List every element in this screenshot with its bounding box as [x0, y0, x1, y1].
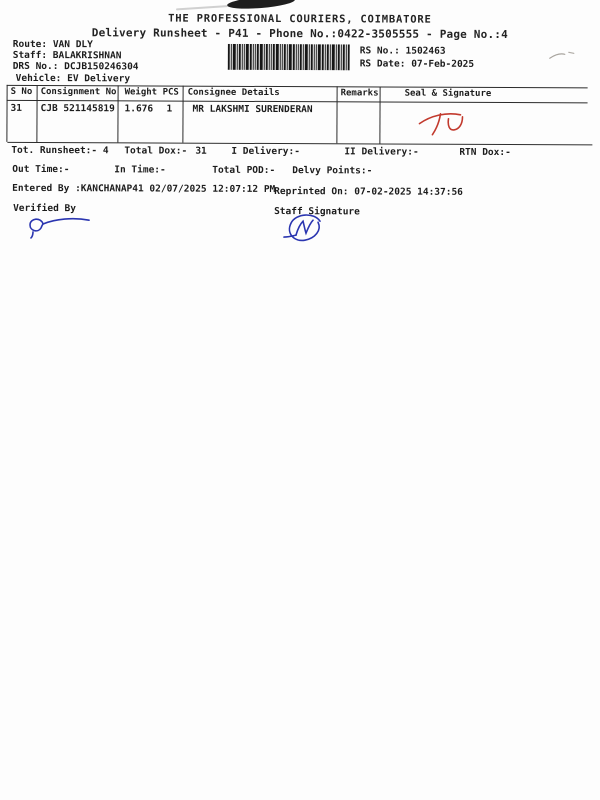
table-vline: [336, 86, 337, 143]
route-line: Route: VAN DLY: [13, 39, 93, 50]
table-vline: [36, 85, 37, 142]
out-time: Out Time:-: [12, 164, 69, 175]
table-vline: [379, 86, 380, 143]
rs-date-line: RS Date: 07-Feb-2025: [360, 58, 474, 69]
scan-smudge-top: [227, 0, 296, 11]
cell-sno: 31: [11, 103, 23, 114]
col-header-seal: Seal & Signature: [405, 89, 492, 99]
col-header-sno: S No: [11, 87, 33, 97]
col-header-weight: Weight: [125, 87, 158, 97]
scan-streak-top: [176, 5, 228, 10]
pencil-mark-right: [548, 48, 578, 62]
verified-by-signature: [23, 212, 93, 240]
table-vline: [182, 86, 183, 143]
total-rtn-dox: RTN Dox:-: [459, 147, 511, 158]
staff-signature-scribble: [280, 210, 334, 246]
cell-consignment: CJB 521145819: [41, 103, 115, 114]
reprinted-on-line: Reprinted On: 07-02-2025 14:37:56: [274, 186, 463, 198]
scanned-delivery-runsheet: THE PROFESSIONAL COURIERS, COIMBATORE De…: [0, 0, 600, 800]
staff-line: Staff: BALAKRISHNAN: [13, 50, 122, 61]
col-header-remarks: Remarks: [341, 88, 379, 98]
vehicle-line: Vehicle: EV Delivery: [16, 73, 130, 84]
runsheet-barcode-icon: [228, 44, 350, 71]
delvy-points: Delvy Points:-: [292, 165, 372, 176]
total-runsheet: Tot. Runsheet:- 4: [11, 145, 108, 156]
total-i-delivery: I Delivery:-: [231, 146, 300, 157]
in-time: In Time:-: [114, 164, 166, 175]
total-ii-delivery: II Delivery:-: [344, 146, 418, 157]
seal-handwriting-red-mark: [418, 107, 472, 139]
cell-consignee: MR LAKSHMI SURENDERAN: [193, 104, 313, 116]
col-header-consignment: Consignment No: [41, 87, 117, 97]
total-dox-value: 31: [195, 146, 207, 157]
runsheet-table: S No Consignment No Weight PCS Consignee…: [6, 85, 587, 145]
company-title: THE PROFESSIONAL COURIERS, COIMBATORE: [0, 12, 600, 27]
table-vline: [117, 85, 118, 142]
col-header-consignee: Consignee Details: [188, 88, 280, 98]
entered-by-line: Entered By :KANCHANAP41 02/07/2025 12:07…: [12, 183, 275, 195]
total-dox-label: Total Dox:-: [124, 145, 187, 156]
rs-no-line: RS No.: 1502463: [360, 45, 446, 56]
total-pod: Total POD:-: [212, 165, 275, 176]
cell-pcs: 1: [167, 104, 173, 115]
cell-weight: 1.676: [125, 103, 154, 114]
col-header-pcs: PCS: [163, 88, 179, 98]
table-vline: [6, 85, 7, 142]
drs-no-line: DRS No.: DCJB150246304: [13, 61, 139, 73]
